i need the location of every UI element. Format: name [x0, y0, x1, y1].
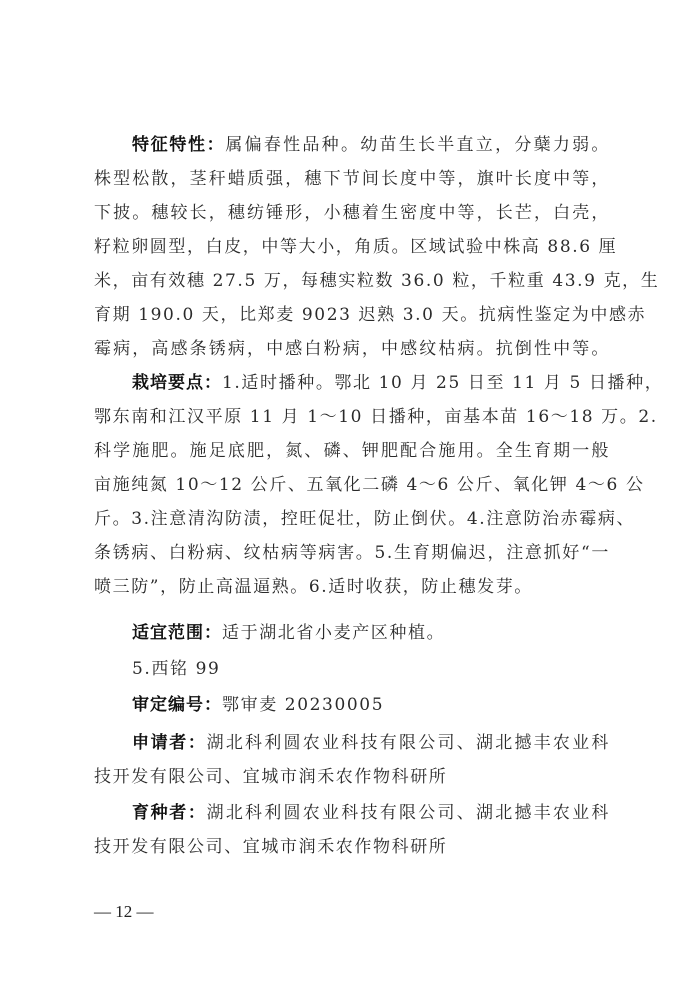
features-line-4: 籽粒卵圆型，白皮，中等大小，角质。区域试验中株高 88.6 厘: [94, 230, 610, 264]
features-line-6: 育期 190.0 天，比郑麦 9023 迟熟 3.0 天。抗病性鉴定为中感赤: [94, 298, 610, 332]
cultivation-line-4: 亩施纯氮 10～12 公斤、五氧化二磷 4～6 公斤、氧化钾 4～6 公: [94, 468, 610, 502]
page-number: — 12 —: [94, 902, 154, 922]
cultivation-line-2: 鄂东南和江汉平原 11 月 1～10 日播种，亩基本苗 16～18 万。2.: [94, 400, 610, 434]
range-line: 适宜范围：适于湖北省小麦产区种植。: [132, 616, 610, 650]
variety-title: 5.西铭 99: [132, 652, 610, 686]
cultivation-label: 栽培要点：: [132, 373, 222, 393]
cultivation-line-1: 栽培要点：1.适时播种。鄂北 10 月 25 日至 11 月 5 日播种，: [132, 366, 610, 400]
approval-label: 审定编号：: [132, 695, 222, 715]
features-label: 特征特性：: [132, 135, 225, 155]
breeder-line-1: 育种者：湖北科利圆农业科技有限公司、湖北撼丰农业科: [132, 796, 610, 830]
features-line-1: 特征特性：属偏春性品种。幼苗生长半直立，分蘖力弱。: [132, 128, 610, 162]
cultivation-line-5: 斤。3.注意清沟防渍，控旺促壮，防止倒伏。4.注意防治赤霉病、: [94, 502, 610, 536]
applicant-line-1: 申请者：湖北科利圆农业科技有限公司、湖北撼丰农业科: [132, 726, 610, 760]
cultivation-line-3: 科学施肥。施足底肥，氮、磷、钾肥配合施用。全生育期一般: [94, 434, 610, 468]
features-line-7: 霉病，高感条锈病，中感白粉病，中感纹枯病。抗倒性中等。: [94, 332, 610, 366]
breeder-label: 育种者：: [132, 803, 207, 823]
features-line-3: 下披。穗较长，穗纺锤形，小穗着生密度中等，长芒，白壳，: [94, 196, 610, 230]
document-page: 特征特性：属偏春性品种。幼苗生长半直立，分蘖力弱。 株型松散，茎秆蜡质强，穗下节…: [0, 0, 690, 981]
range-label: 适宜范围：: [132, 623, 222, 643]
breeder-line-2: 技开发有限公司、宜城市润禾农作物科研所: [94, 830, 610, 864]
features-line-2: 株型松散，茎秆蜡质强，穗下节间长度中等，旗叶长度中等，: [94, 162, 610, 196]
cultivation-line-6: 条锈病、白粉病、纹枯病等病害。5.生育期偏迟，注意抓好“一: [94, 536, 610, 570]
applicant-line-2: 技开发有限公司、宜城市润禾农作物科研所: [94, 760, 610, 794]
cultivation-line-7: 喷三防”，防止高温逼熟。6.适时收获，防止穗发芽。: [94, 570, 610, 604]
features-line-5: 米，亩有效穗 27.5 万，每穗实粒数 36.0 粒，千粒重 43.9 克，生: [94, 264, 610, 298]
approval-line: 审定编号：鄂审麦 20230005: [132, 688, 610, 722]
applicant-label: 申请者：: [132, 733, 207, 753]
